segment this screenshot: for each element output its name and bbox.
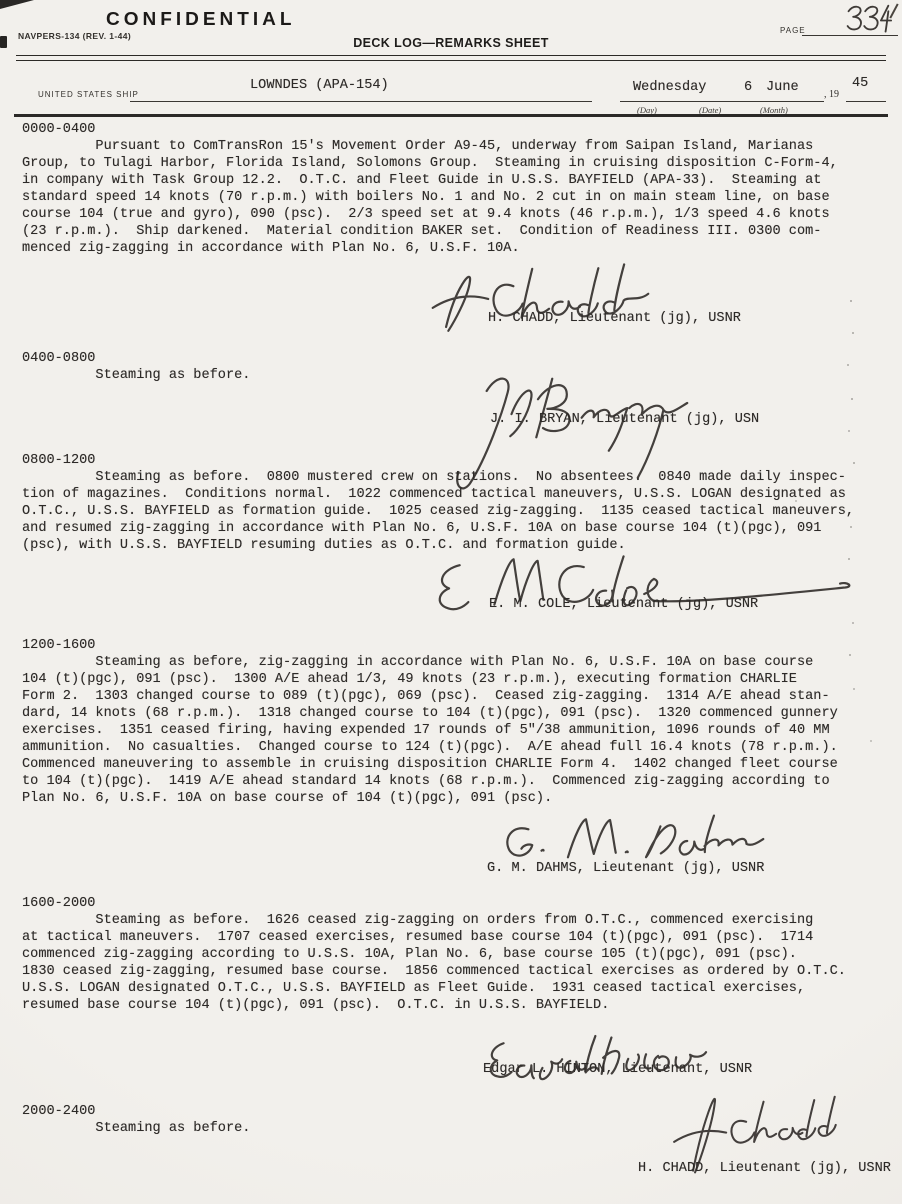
classification-stamp: CONFIDENTIAL: [106, 9, 295, 30]
handwritten-page-number: [843, 2, 893, 34]
entry-time-range: 0800-1200: [22, 452, 888, 469]
entry-text: Steaming as before. 0800 mustered crew o…: [22, 469, 888, 554]
date-number: 6: [744, 79, 752, 96]
log-entry-1600-2000: 1600-2000 Steaming as before. 1626 cease…: [22, 895, 888, 1014]
year-prefix: , 19: [824, 89, 839, 100]
entry-text: Steaming as before. 1626 ceased zig-zagg…: [22, 912, 888, 1014]
scan-specks: [850, 300, 852, 302]
signature-typed-name: G. M. DAHMS, Lieutenant (jg), USNR: [487, 860, 764, 877]
page-title: DECK LOG—REMARKS SHEET: [0, 36, 902, 50]
date-day: Wednesday: [633, 79, 706, 96]
entry-time-range: 0000-0400: [22, 121, 888, 138]
scan-corner-mark: [0, 0, 34, 9]
signature-typed-name: Edgar L. HINTON, Lieutenant, USNR: [483, 1061, 752, 1078]
ship-name: LOWNDES (APA-154): [250, 77, 389, 94]
date-month: June: [766, 79, 799, 96]
entry-text: Pursuant to ComTransRon 15's Movement Or…: [22, 138, 888, 257]
signature-typed-name: E. M. COLE, Lieutenant (jg), USNR: [489, 596, 758, 613]
log-entry-1200-1600: 1200-1600 Steaming as before, zig-zaggin…: [22, 637, 888, 807]
entry-text: Steaming as before, zig-zagging in accor…: [22, 654, 888, 807]
signature-typed-name: H. CHADD, Lieutenant (jg), USNR: [638, 1160, 891, 1177]
entry-time-range: 0400-0800: [22, 350, 888, 367]
ship-label: UNITED STATES SHIP: [38, 90, 139, 99]
header-thick-rule: [14, 114, 888, 117]
deck-log-remarks-sheet: CONFIDENTIAL NAVPERS-134 (REV. 1-44) DEC…: [0, 0, 902, 1204]
header-double-rule: [16, 55, 886, 61]
entry-time-range: 1200-1600: [22, 637, 888, 654]
log-entry-0000-0400: 0000-0400 Pursuant to ComTransRon 15's M…: [22, 121, 888, 257]
entry-time-range: 1600-2000: [22, 895, 888, 912]
date-year: 45: [852, 75, 868, 92]
log-entry-0800-1200: 0800-1200 Steaming as before. 0800 muste…: [22, 452, 888, 554]
signature-typed-name: J. I. BRYAN, Lieutenant (jg), USN: [490, 411, 759, 428]
signature-typed-name: H. CHADD, Lieutenant (jg), USNR: [488, 310, 741, 327]
